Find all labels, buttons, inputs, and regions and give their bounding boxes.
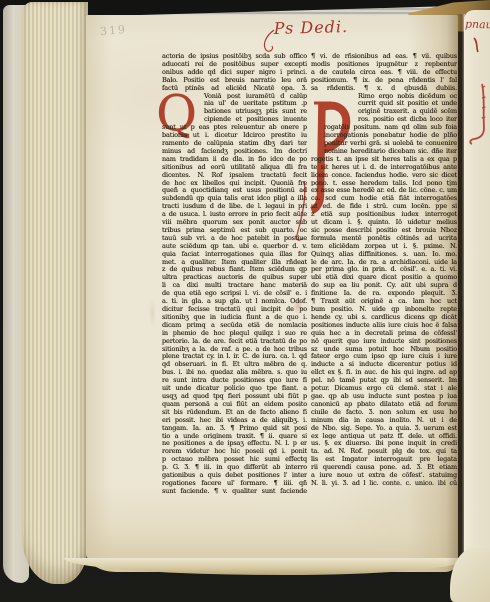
text-line: pel. nō tamē putat qp ibi sd senserit. I… <box>311 376 457 384</box>
text-line: nia ul' de ueritate pstitum .p <box>162 99 307 107</box>
text-line: bum positio. N. uide qp inbonelte repte <box>311 305 457 313</box>
text-line: usqʒ ad quod tpq fieri possunt ubi fiūt … <box>162 392 307 400</box>
text-line: aute sciēdum qp tan. ubi e. querbor d. v… <box>162 242 307 250</box>
text-line: eri possit. hec ibi videas a de aliquibʒ… <box>162 416 307 424</box>
text-line: onibus adde qd dici super nigro i princi… <box>162 68 307 76</box>
text-line: p. G. Ʒ. ¶ iii. in quo differūt ab inter… <box>162 463 307 471</box>
text-line: Voniā post iuramētū d calūp <box>162 92 307 100</box>
text-line: de Nbo. sig. Sepe. Yo. a quia. Ʒ. uerum … <box>311 424 457 432</box>
next-leaf-edge: pnaul <box>464 10 490 562</box>
text-line: qd obseruari. in fi. Et ultra mēbra de q… <box>162 360 307 368</box>
text-line: ut ed. de fide i strū. cum locēn. ppe si <box>311 202 457 210</box>
text-line: sit bis rūdendum. Et an de facto alieno … <box>162 408 307 416</box>
text-line: per prima glo. in prin. d. cōsil'. e. a.… <box>311 265 457 273</box>
text-column-right: ¶ vi. de rñsionibus ad eas. ¶ vii. quibu… <box>311 52 457 487</box>
text-line: quia hec a in decretali prima de cōfessl… <box>311 329 457 337</box>
text-line: formula mentē ponētis cōtinēs ad ucrita <box>311 234 457 242</box>
text-line: gationibus a quis debet positiones l' in… <box>162 471 307 479</box>
text-line: re sunt intra ducte positiones quo iure … <box>162 376 307 384</box>
text-line: plene tractat cy. in l. ir. C. de iura. … <box>162 352 307 360</box>
text-line: ne positiones a de ipsaʒ effectu. N. l. … <box>162 439 307 447</box>
text-line: modis positiones ipugnētur z repbentur <box>311 60 457 68</box>
text-line: in phemio de hoc plequl quilqz i suo re <box>162 329 307 337</box>
text-line: ultra practicas auctoris de quibus super <box>162 273 307 281</box>
text-line: nō querit quo iure inducte sint position… <box>311 337 457 345</box>
text-line: do sup ea liu ponit. Cy. aūt ubi supra d <box>311 281 457 289</box>
text-line: rorem videtur hoc hic poseii qd i. ponit <box>162 447 307 455</box>
text-line: pono. t. esse heredem talis. Icd pono tj… <box>311 179 457 187</box>
text-line: canonicū ap pbato dilatato etiā ad forum <box>311 400 457 408</box>
text-line: ponitur verbi grā. si uolebā te conuenir… <box>311 139 457 147</box>
text-line: actoria de ipsius positōibʒ scda sub off… <box>162 52 307 60</box>
text-line: rii querendi causa pone. ad. Ʒ. Et etiam <box>311 463 457 471</box>
text-line: ex asse esse heredē ar. ed. de lic. cōne… <box>311 186 457 194</box>
text-line: tauū sub vri. a de hoc patebit in postiu… <box>162 234 307 242</box>
text-line: quam personā a cui fiūt an eidem posito <box>162 400 307 408</box>
text-line: pertorio. la. de are. fecit etiā tractat… <box>162 337 307 345</box>
text-line: le de arc. Ia. de ra. a archidiaconi. ui… <box>311 258 457 266</box>
text-line: N. li. yi. Ʒ. ad l lic. conte. c. unico.… <box>311 479 457 487</box>
text-line: hende cy. ubi s. cardlicus dicens qp dic… <box>311 313 457 321</box>
fore-edge-page-stack <box>22 2 88 584</box>
text-line: a. ti. in gla. a sup gla. ut l nomlca. O… <box>162 297 307 305</box>
text-line: de hoc ex libellos qui incipit. Quoniā f… <box>162 179 307 187</box>
text-line: inducte a si inducte dicerentur potius i… <box>311 360 457 368</box>
text-line: tangam. Ia. an. Ʒ. ¶ Primo quid sit posi <box>162 424 307 432</box>
text-line: de qua etiā ego scripsi l. vi. de cōsil'… <box>162 289 307 297</box>
text-line: sitionibʒ que in iudicia fiunt a de quo … <box>162 313 307 321</box>
text-line: bationis ut i. dicetur Idcirco prestito … <box>162 131 307 139</box>
text-line: ¶ Traxit aūt originē a ca. lam hoc uct <box>311 297 457 305</box>
running-head-rubric: Ps Dedi. <box>256 17 367 46</box>
text-line: ubi etiā dixi quare dicat positio a quom… <box>311 273 457 281</box>
text-line: sz unde suma potuit hoc Nbum positio <box>311 345 457 353</box>
text-line: dicam primq a secūda etiā de nomlacia <box>162 321 307 329</box>
text-line: cipiende et positiones inuente <box>162 115 307 123</box>
text-line: aduocati rei de positōibus super excepti <box>162 60 307 68</box>
text-line: potur. Dicamus ergo cū clemē. stat i ale <box>311 384 457 392</box>
text-line: finitione Ia. de ra. expondo plequit. Ʒ. <box>311 289 457 297</box>
text-line: queñ a quoctidianq est usus positionū ad <box>162 186 307 194</box>
text-line: rogetis t. an ipse sit heres talis a ex … <box>311 155 457 163</box>
text-line: inorrogationis ponebatur hodie de plño <box>311 131 457 139</box>
text-line: uit unde dicatur policio quo tpe fiant. … <box>162 384 307 392</box>
text-line: li ca dixi multi tractare hanc materiā <box>162 281 307 289</box>
text-line: quia faciat interrogationes quia illas f… <box>162 250 307 258</box>
text-line: rogatōis positum. nam qd olim sub foia <box>311 123 457 131</box>
text-line: rogationes facere ul' formare. ¶ iiii. q… <box>162 479 307 487</box>
text-line: ellct ex §. fi. in auc. de his qui ingre… <box>311 368 457 376</box>
text-line: subdendū qp quia talis erat idco pligl a… <box>162 194 307 202</box>
next-leaf-rubric-text: pnaul <box>465 17 490 31</box>
text-line: ta. ad. N. Rof. posuit plg de tox. qui t… <box>311 447 457 455</box>
text-line: lis est Imgator interrogauit pre legata <box>311 455 457 463</box>
text-line: a iure nouo ut extra de cōfest'. statuim… <box>311 471 457 479</box>
text-line: met. a qualiter. Item qualiter illa rñde… <box>162 258 307 266</box>
pencil-folio-number: 319 <box>99 23 127 38</box>
text-line: ros. positio est dicba loco iter <box>311 115 457 123</box>
text-line: currit quid sit positio et unde <box>311 99 457 107</box>
text-line: fateor ergo cum ipso qp iure ciuis i iur… <box>311 352 457 360</box>
text-line: sic posse describi positio est brouia Nb… <box>311 226 457 234</box>
text-line: sa rñdentis. ¶ x. d qbusdā dubiis. <box>311 84 457 92</box>
book-photo: pnaul 319 Ps Dedi. Q actoria de ipsius p… <box>0 0 490 602</box>
text-line: positiones inducte aliis iure ciuis hoc … <box>311 321 457 329</box>
text-line: gae. qp ab usu inducte sunt postea p iua <box>311 392 457 400</box>
text-line: tem eliciēdam zorpea ut i. §. pxime. N. <box>311 242 457 250</box>
text-line: sunt ut p eas ptes releuentur ab onere p <box>162 123 307 131</box>
faint-margin-smudge <box>149 298 156 328</box>
text-line: ut dicam i. §. quinto. Iō uidetur melius <box>311 218 457 226</box>
text-line: ex lege antiqua ut patz ff. dele. ut off… <box>311 432 457 440</box>
text-line: te sit heres ut i. d. de interrogatōibus… <box>311 163 457 171</box>
page-bottom-edge <box>64 558 464 575</box>
text-line: tribus prima septimū est sub quarto. oc <box>162 226 307 234</box>
text-line: sitionibus ad eorū utilitatē aliqua dli … <box>162 163 307 171</box>
text-line: Rimo ergo nobis dicēdum oc <box>311 92 457 100</box>
text-line: factū ptinēs ad eliciēd Nicatē opa. Ʒ. <box>162 84 307 92</box>
text-line: p octauo mēbra posset hic sumi effectq <box>162 455 307 463</box>
text-line: bationes utriusqʒ ptis sunt re <box>162 107 307 115</box>
text-line: dicentes. N. Rof ipsalem tractatū fecit <box>162 171 307 179</box>
text-line: tracti iusdum d de libe. de l. legaui in… <box>162 202 307 210</box>
text-column-left: actoria de ipsius positōibʒ scda sub off… <box>162 52 307 495</box>
text-line: z etiā sup positionibus iudex interroget <box>311 210 457 218</box>
text-line: ¶ vi. de rñsionibus ad eas. ¶ vii. quibu… <box>311 52 457 60</box>
text-line: sitionibʒ a la. de raf. a pe. a de hoc t… <box>162 345 307 353</box>
text-line: nam tradidam ii de dla. in fio idco de p… <box>162 155 307 163</box>
text-line: us. §. ex diuerso. ibi pone inquit in cr… <box>311 439 457 447</box>
text-line: Quinqʒ alias diffinitiones. s. uan. Io. … <box>311 250 457 258</box>
text-line: ciuile de facto. Ʒ. non solum ex usu ho <box>311 408 457 416</box>
text-line: ramento de calūpnia statim dbʒ dari ter <box>162 139 307 147</box>
text-line: dicitur fecisse tractatū qui incipit de … <box>162 305 307 313</box>
text-line: Balo. Positio est breuis narratio leu or… <box>162 76 307 84</box>
text-line: minum dia in causa inolito. N. ut i de <box>311 416 457 424</box>
text-line: z de quibus rebus fiant. Item sciēdum qp <box>162 265 307 273</box>
text-line: bus. i. ibi no. quedaz alia mēbra. s. qu… <box>162 368 307 376</box>
text-line: a de cautela circa eas. ¶ viii. de effec… <box>311 68 457 76</box>
text-line: sunt faciende. ¶ v. qualiter sunt facien… <box>162 487 307 495</box>
text-line: originē traxerit. a quidē scēm <box>311 107 457 115</box>
text-line: tio a unde originem traxit. ¶ ii. quare … <box>162 432 307 440</box>
text-line: licem conce. faciendus hodie. vero sic d… <box>311 171 457 179</box>
next-leaf-red-flourish <box>464 36 490 166</box>
text-line: a de usuca. l. iusto errore in prio feci… <box>162 210 307 218</box>
text-line: minus ad faciendʒ positiones. Im doctri <box>162 147 307 155</box>
text-line: positionum. ¶ ix. de pena rñdentis l' fa… <box>311 76 457 84</box>
text-line: nomine hereditario dicebam sic. dñe iter <box>311 147 457 155</box>
text-line: viii mēbra quorum sex ponit auctor sub <box>162 218 307 226</box>
text-line: ca. scd cum hodie etiā fiāt interrogatōe… <box>311 194 457 202</box>
